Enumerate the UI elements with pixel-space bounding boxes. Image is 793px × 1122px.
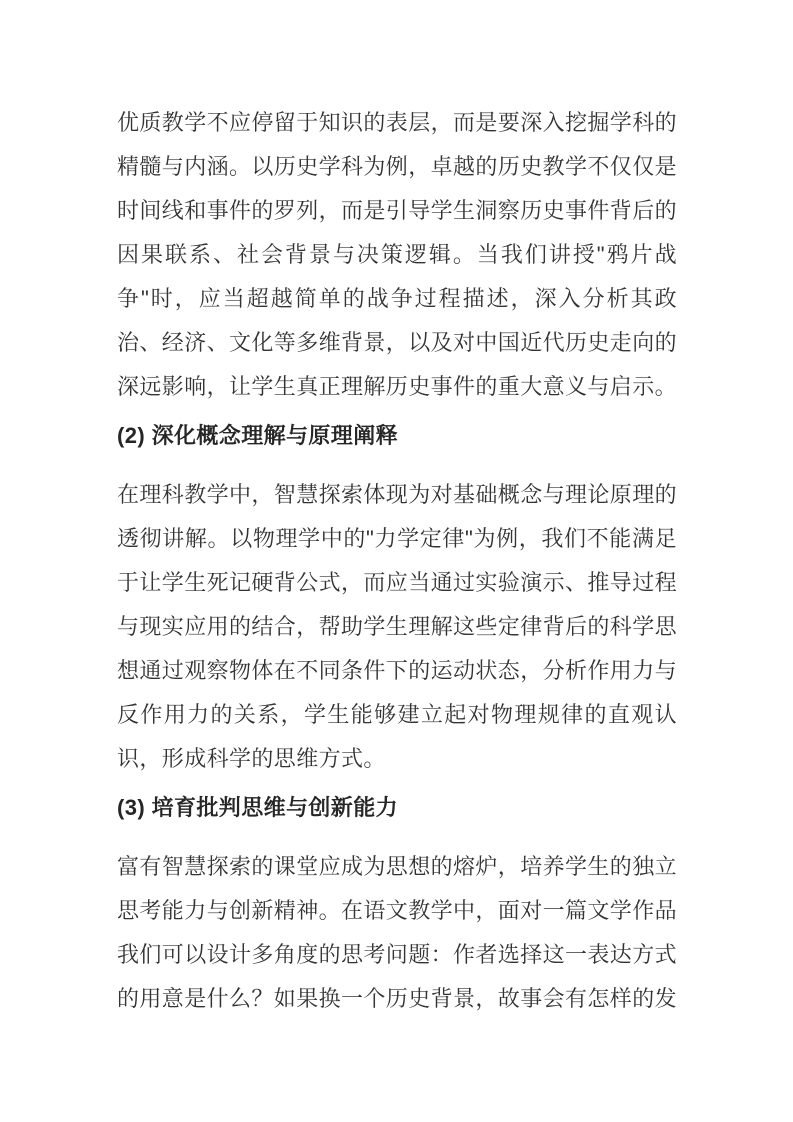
heading-section-2-concept-understanding: (2) 深化概念理解与原理阐释 (117, 414, 677, 458)
heading-section-3-critical-thinking: (3) 培育批判思维与创新能力 (117, 786, 677, 830)
paragraph-science-teaching: 在理科教学中，智慧探索体现为对基础概念与理论原理的透彻讲解。以物理学中的"力学定… (117, 473, 677, 781)
paragraph-subject-depth: 优质教学不应停留于知识的表层，而是要深入挖掘学科的精髓与内涵。以历史学科为例，卓… (117, 101, 677, 409)
paragraph-critical-thinking-classroom: 富有智慧探索的课堂应成为思想的熔炉，培养学生的独立思考能力与创新精神。在语文教学… (117, 845, 677, 1021)
document-page: 优质教学不应停留于知识的表层，而是要深入挖掘学科的精髓与内涵。以历史学科为例，卓… (0, 0, 793, 1122)
